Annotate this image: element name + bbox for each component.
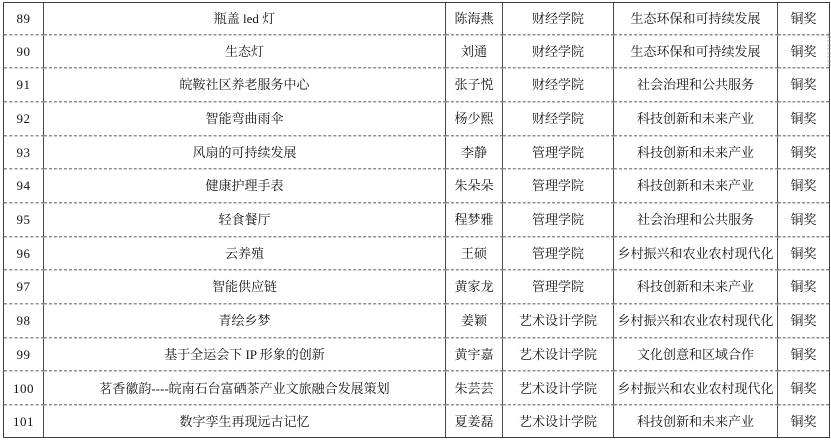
- cell-project: 瓶盖 led 灯: [44, 3, 446, 35]
- cell-no: 90: [4, 35, 44, 69]
- cell-college: 艺术设计学院: [503, 371, 614, 405]
- cell-no: 94: [4, 169, 44, 203]
- cell-category: 生态环保和可持续发展: [614, 3, 778, 35]
- cell-no: 91: [4, 68, 44, 102]
- cell-person: 夏姜磊: [446, 405, 503, 437]
- cell-no: 95: [4, 203, 44, 237]
- table-body: 89瓶盖 led 灯陈海燕财经学院生态环保和可持续发展铜奖90生态灯刘通财经学院…: [4, 3, 829, 437]
- cell-no: 96: [4, 237, 44, 271]
- table-row: 90生态灯刘通财经学院生态环保和可持续发展铜奖: [4, 35, 829, 69]
- cell-award: 铜奖: [778, 371, 829, 405]
- cell-no: 89: [4, 3, 44, 35]
- cell-person: 王硕: [446, 237, 503, 271]
- cell-college: 财经学院: [503, 3, 614, 35]
- cell-award: 铜奖: [778, 3, 829, 35]
- table-row: 96云养殖王硕管理学院乡村振兴和农业农村现代化铜奖: [4, 237, 829, 271]
- cell-category: 文化创意和区域合作: [614, 338, 778, 372]
- cell-college: 艺术设计学院: [503, 405, 614, 437]
- cell-project: 青绘乡梦: [44, 304, 446, 338]
- cell-person: 朱朵朵: [446, 169, 503, 203]
- table-row: 91皖鞍社区养老服务中心张子悦财经学院社会治理和公共服务铜奖: [4, 68, 829, 102]
- cell-person: 黄宇嘉: [446, 338, 503, 372]
- cell-no: 92: [4, 102, 44, 136]
- table-row: 101数字孪生再现远古记忆夏姜磊艺术设计学院科技创新和未来产业铜奖: [4, 405, 829, 437]
- cell-person: 张子悦: [446, 68, 503, 102]
- cell-category: 乡村振兴和农业农村现代化: [614, 371, 778, 405]
- cell-award: 铜奖: [778, 35, 829, 69]
- cell-project: 智能供应链: [44, 270, 446, 304]
- cell-category: 科技创新和未来产业: [614, 136, 778, 170]
- table-row: 92智能弯曲雨伞杨少熙财经学院科技创新和未来产业铜奖: [4, 102, 829, 136]
- table-row: 93风扇的可持续发展李静管理学院科技创新和未来产业铜奖: [4, 136, 829, 170]
- cell-college: 管理学院: [503, 136, 614, 170]
- cell-no: 97: [4, 270, 44, 304]
- cell-award: 铜奖: [778, 136, 829, 170]
- table-row: 99基于全运会下 IP 形象的创新黄宇嘉艺术设计学院文化创意和区域合作铜奖: [4, 338, 829, 372]
- cell-college: 管理学院: [503, 270, 614, 304]
- cell-project: 智能弯曲雨伞: [44, 102, 446, 136]
- cell-person: 刘通: [446, 35, 503, 69]
- table-row: 95轻食餐厅程梦雅管理学院社会治理和公共服务铜奖: [4, 203, 829, 237]
- cell-award: 铜奖: [778, 169, 829, 203]
- cell-award: 铜奖: [778, 270, 829, 304]
- cell-category: 社会治理和公共服务: [614, 203, 778, 237]
- cell-award: 铜奖: [778, 237, 829, 271]
- table-row: 89瓶盖 led 灯陈海燕财经学院生态环保和可持续发展铜奖: [4, 3, 829, 35]
- cell-person: 杨少熙: [446, 102, 503, 136]
- cell-project: 茗香徽韵----皖南石台富硒茶产业文旅融合发展策划: [44, 371, 446, 405]
- cell-college: 艺术设计学院: [503, 338, 614, 372]
- cell-college: 管理学院: [503, 169, 614, 203]
- cell-category: 乡村振兴和农业农村现代化: [614, 237, 778, 271]
- award-results-table: 89瓶盖 led 灯陈海燕财经学院生态环保和可持续发展铜奖90生态灯刘通财经学院…: [3, 2, 830, 438]
- cell-project: 皖鞍社区养老服务中心: [44, 68, 446, 102]
- cell-person: 程梦雅: [446, 203, 503, 237]
- cell-award: 铜奖: [778, 405, 829, 437]
- cell-award: 铜奖: [778, 338, 829, 372]
- cell-person: 姜颖: [446, 304, 503, 338]
- cell-college: 管理学院: [503, 203, 614, 237]
- cell-project: 基于全运会下 IP 形象的创新: [44, 338, 446, 372]
- cell-category: 科技创新和未来产业: [614, 102, 778, 136]
- cell-no: 100: [4, 371, 44, 405]
- cell-no: 98: [4, 304, 44, 338]
- cell-college: 财经学院: [503, 102, 614, 136]
- cell-category: 科技创新和未来产业: [614, 405, 778, 437]
- table-row: 98青绘乡梦姜颖艺术设计学院乡村振兴和农业农村现代化铜奖: [4, 304, 829, 338]
- cell-category: 乡村振兴和农业农村现代化: [614, 304, 778, 338]
- scan-artifact: [827, 32, 831, 66]
- cell-project: 风扇的可持续发展: [44, 136, 446, 170]
- cell-award: 铜奖: [778, 102, 829, 136]
- document-page: 89瓶盖 led 灯陈海燕财经学院生态环保和可持续发展铜奖90生态灯刘通财经学院…: [0, 0, 831, 440]
- cell-person: 陈海燕: [446, 3, 503, 35]
- cell-project: 生态灯: [44, 35, 446, 69]
- cell-award: 铜奖: [778, 68, 829, 102]
- table-row: 97智能供应链黄家龙管理学院科技创新和未来产业铜奖: [4, 270, 829, 304]
- cell-project: 健康护理手表: [44, 169, 446, 203]
- cell-project: 轻食餐厅: [44, 203, 446, 237]
- cell-project: 数字孪生再现远古记忆: [44, 405, 446, 437]
- cell-award: 铜奖: [778, 304, 829, 338]
- cell-college: 财经学院: [503, 68, 614, 102]
- cell-category: 生态环保和可持续发展: [614, 35, 778, 69]
- cell-no: 93: [4, 136, 44, 170]
- cell-project: 云养殖: [44, 237, 446, 271]
- cell-college: 管理学院: [503, 237, 614, 271]
- cell-person: 朱芸芸: [446, 371, 503, 405]
- table-row: 100茗香徽韵----皖南石台富硒茶产业文旅融合发展策划朱芸芸艺术设计学院乡村振…: [4, 371, 829, 405]
- cell-award: 铜奖: [778, 203, 829, 237]
- cell-category: 科技创新和未来产业: [614, 169, 778, 203]
- cell-person: 黄家龙: [446, 270, 503, 304]
- cell-college: 财经学院: [503, 35, 614, 69]
- cell-college: 艺术设计学院: [503, 304, 614, 338]
- cell-category: 社会治理和公共服务: [614, 68, 778, 102]
- cell-person: 李静: [446, 136, 503, 170]
- table-row: 94健康护理手表朱朵朵管理学院科技创新和未来产业铜奖: [4, 169, 829, 203]
- cell-no: 101: [4, 405, 44, 437]
- cell-no: 99: [4, 338, 44, 372]
- cell-category: 科技创新和未来产业: [614, 270, 778, 304]
